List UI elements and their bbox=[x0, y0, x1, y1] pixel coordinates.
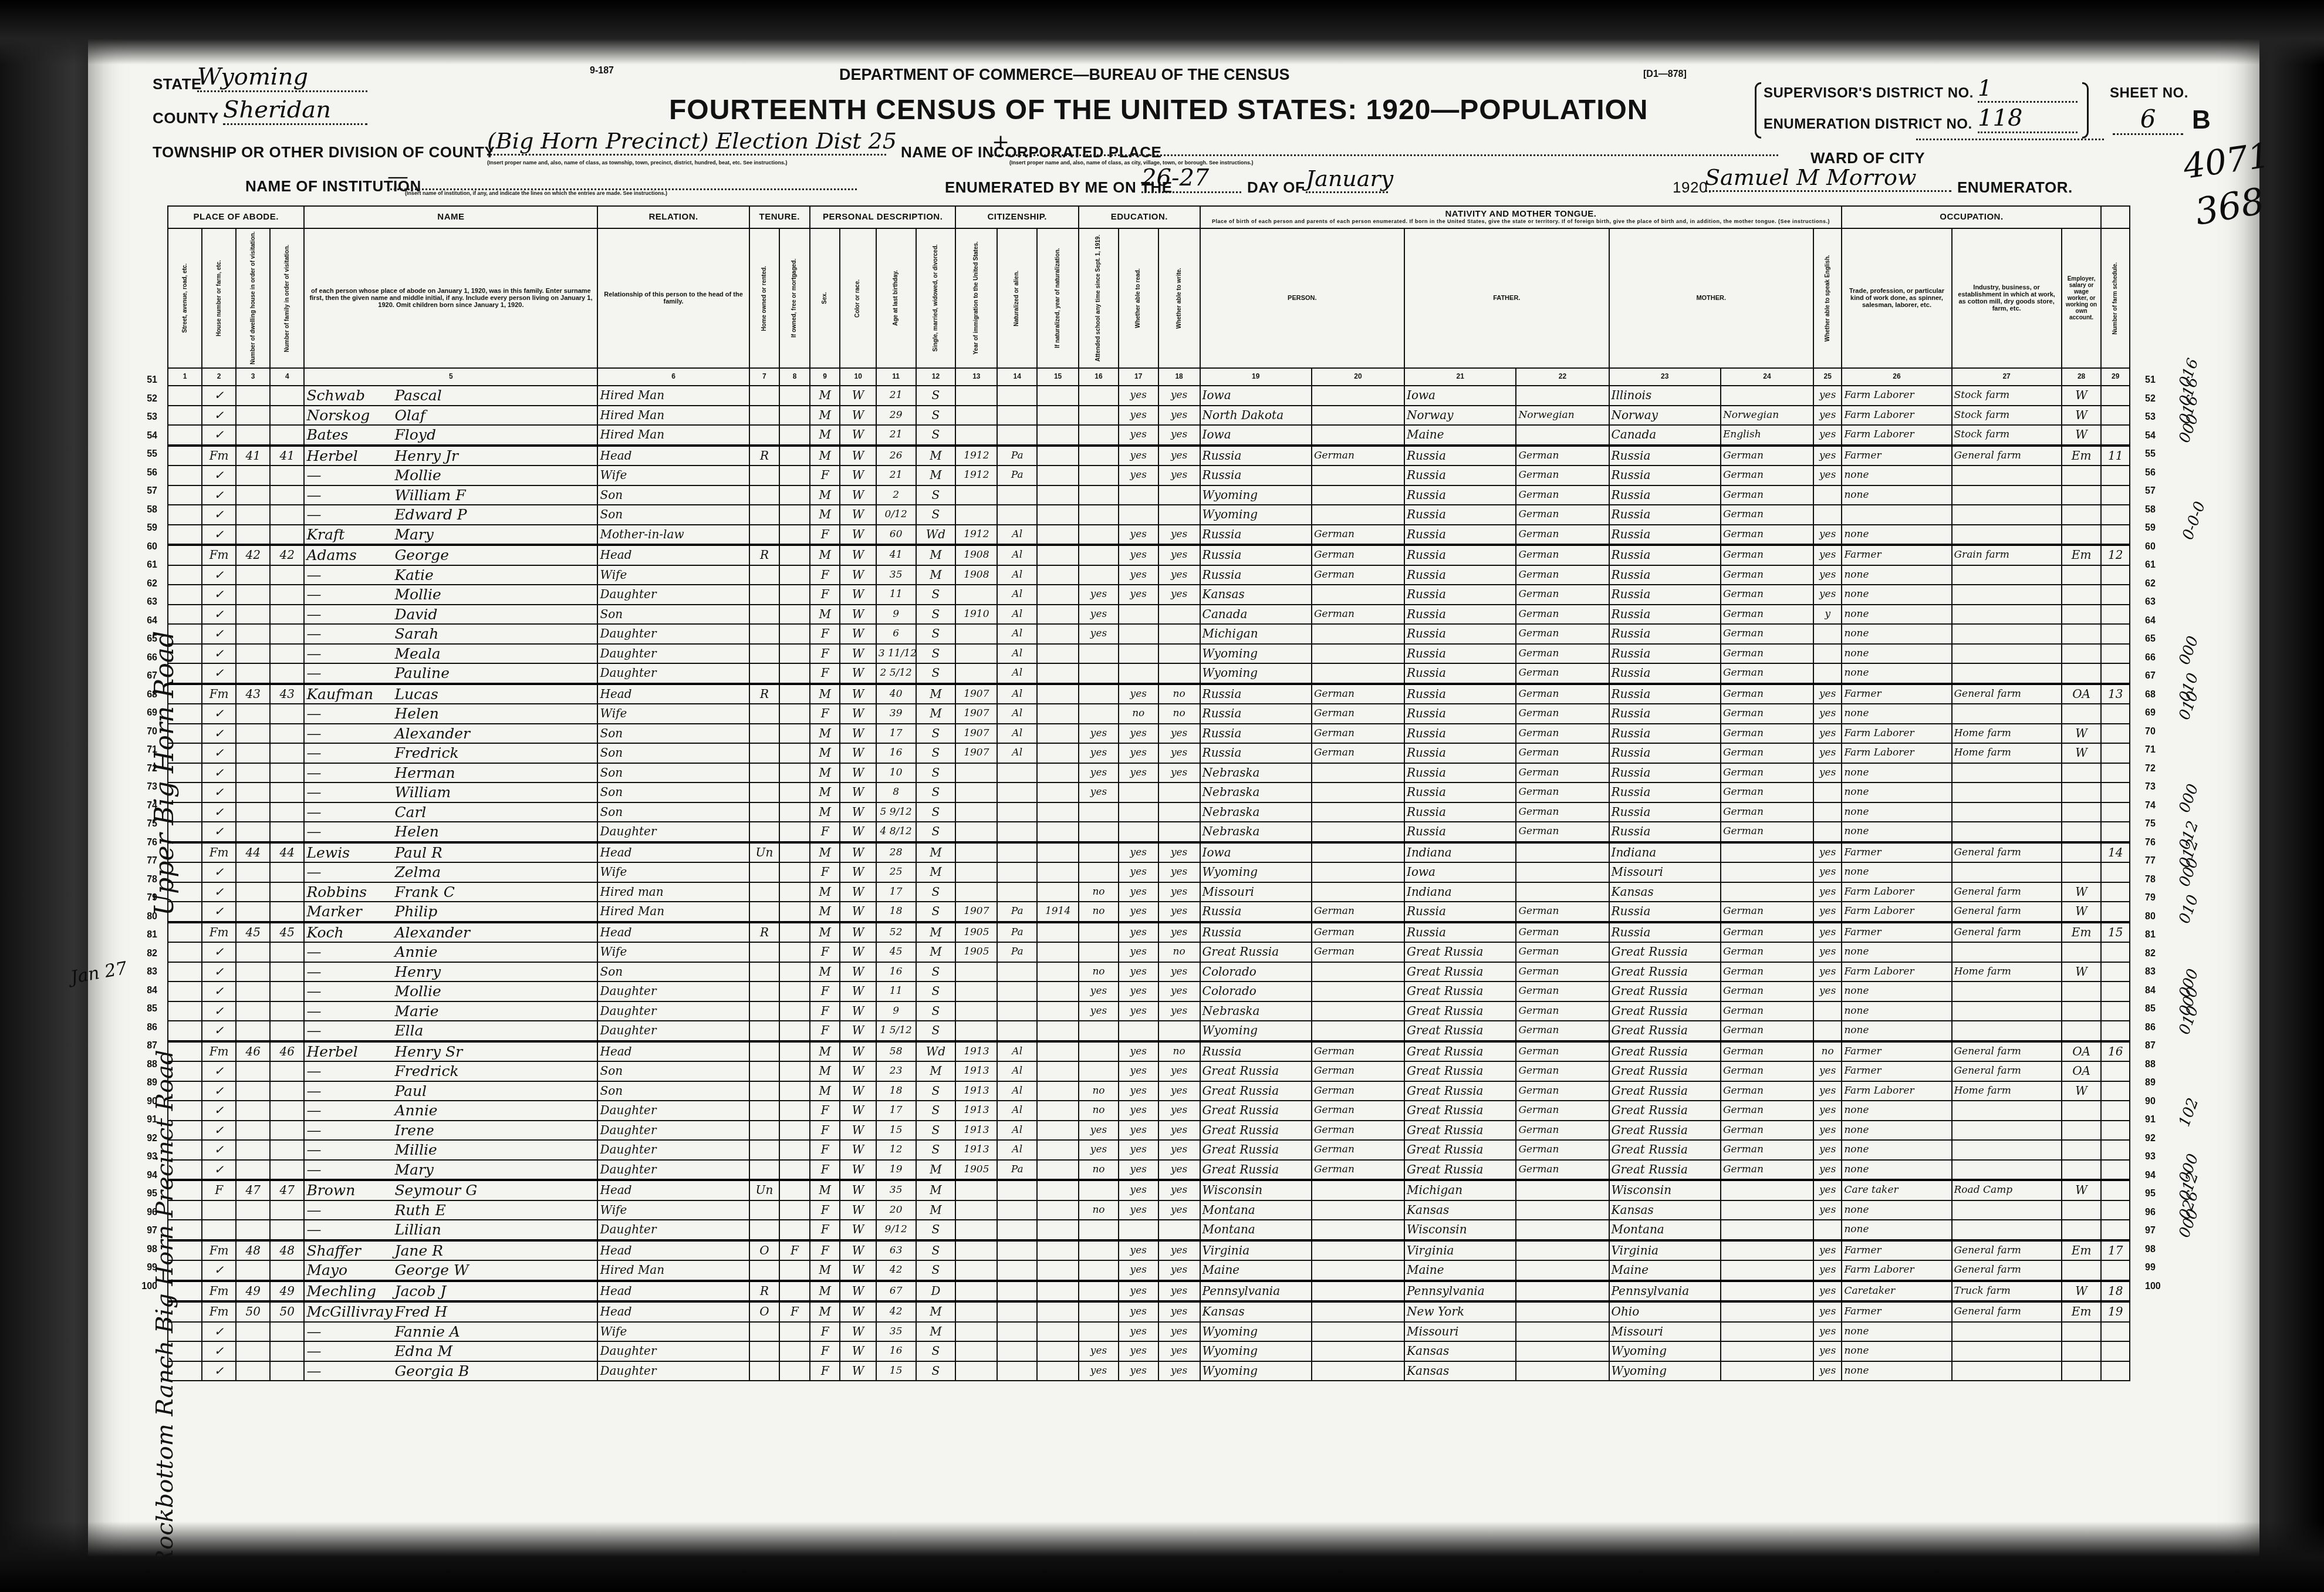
cell-m-pob: Russia bbox=[1609, 466, 1721, 485]
line-number-right: 65 bbox=[2145, 630, 2168, 649]
cell-house: ✓ bbox=[202, 663, 236, 684]
day-of-label: DAY OF bbox=[1247, 178, 1305, 197]
cell-english bbox=[1813, 822, 1842, 842]
cell-marital: M bbox=[916, 466, 956, 485]
cell-immigration bbox=[955, 882, 997, 902]
census-row: ✓—Edna MDaughterFW16SyesyesyesWyomingKan… bbox=[168, 1341, 2130, 1361]
cell-nat-year bbox=[1037, 822, 1079, 842]
cell-marital: S bbox=[916, 1101, 956, 1121]
cell-naturalized bbox=[997, 1180, 1037, 1200]
cell-industry bbox=[1952, 1101, 2062, 1121]
cell-street bbox=[168, 942, 202, 962]
cell-dwelling bbox=[236, 882, 270, 902]
cell-school: no bbox=[1079, 962, 1119, 982]
cell-m-tongue: Norwegian bbox=[1721, 406, 1813, 426]
cell-race: W bbox=[840, 962, 876, 982]
col-mortgage: If owned, free or mortgaged. bbox=[779, 228, 810, 368]
cell-immigration: 1913 bbox=[955, 1101, 997, 1121]
cell-owned bbox=[749, 962, 780, 982]
cell-sex: M bbox=[810, 1180, 840, 1200]
cell-write: yes bbox=[1158, 981, 1200, 1001]
line-number: 79 bbox=[128, 889, 157, 908]
cell-f-pob: Russia bbox=[1404, 663, 1516, 684]
cell-english: yes bbox=[1813, 1281, 1842, 1302]
given-name: Fannie A bbox=[394, 1323, 460, 1340]
cell-age: 0/12 bbox=[876, 505, 916, 525]
cell-f-tongue bbox=[1516, 882, 1609, 902]
cell-age: 1 5/12 bbox=[876, 1021, 916, 1041]
group-citizenship: CITIZENSHIP. bbox=[955, 206, 1079, 228]
cell-industry bbox=[1952, 1200, 2062, 1220]
cell-m-pob: Russia bbox=[1609, 585, 1721, 605]
surname: — bbox=[306, 1101, 394, 1119]
cell-nat-year bbox=[1037, 406, 1079, 426]
cell-marital: S bbox=[916, 763, 956, 783]
cell-write: yes bbox=[1158, 1322, 1200, 1342]
cell-industry: General farm bbox=[1952, 1240, 2062, 1261]
cell-m-pob: Russia bbox=[1609, 663, 1721, 684]
cell-owned bbox=[749, 565, 780, 585]
cell-f-pob: Norway bbox=[1404, 406, 1516, 426]
cell-m-tongue bbox=[1721, 1200, 1813, 1220]
cell-m-pob: Kansas bbox=[1609, 1200, 1721, 1220]
surname: — bbox=[306, 1362, 394, 1380]
cell-trade: Farm Laborer bbox=[1842, 1260, 1951, 1281]
cell-school: yes bbox=[1079, 1361, 1119, 1381]
cell-owned bbox=[749, 802, 780, 822]
line-number-right: 67 bbox=[2145, 667, 2168, 686]
cell-pob: Wyoming bbox=[1200, 862, 1312, 882]
cell-pob: Great Russia bbox=[1200, 1081, 1312, 1101]
line-number: 77 bbox=[128, 852, 157, 871]
given-name: Mollie bbox=[394, 983, 441, 1000]
cell-tongue: German bbox=[1312, 1061, 1404, 1081]
cell-street bbox=[168, 1140, 202, 1160]
cell-school: yes bbox=[1079, 624, 1119, 644]
cell-sex: F bbox=[810, 1140, 840, 1160]
cell-school bbox=[1079, 386, 1119, 406]
cell-write bbox=[1158, 624, 1200, 644]
given-name: George bbox=[394, 547, 449, 564]
cell-nat-year bbox=[1037, 1322, 1079, 1342]
cell-street bbox=[168, 842, 202, 863]
cell-industry bbox=[1952, 1341, 2062, 1361]
cell-tongue: German bbox=[1312, 545, 1404, 565]
cell-write: yes bbox=[1158, 565, 1200, 585]
cell-dwelling bbox=[236, 942, 270, 962]
enumerated-label: ENUMERATED BY ME ON THE bbox=[945, 178, 1173, 197]
cell-immigration: 1908 bbox=[955, 565, 997, 585]
cell-f-pob: Russia bbox=[1404, 585, 1516, 605]
cell-relation: Wife bbox=[597, 565, 749, 585]
cell-mortgage bbox=[779, 1001, 810, 1021]
cell-owned bbox=[749, 822, 780, 842]
cell-race: W bbox=[840, 1140, 876, 1160]
cell-m-pob: Russia bbox=[1609, 763, 1721, 783]
cell-street bbox=[168, 981, 202, 1001]
cell-industry: Truck farm bbox=[1952, 1281, 2062, 1302]
cell-owned bbox=[749, 1101, 780, 1121]
cell-mortgage bbox=[779, 1260, 810, 1281]
cell-immigration bbox=[955, 386, 997, 406]
cell-industry: General farm bbox=[1952, 922, 2062, 943]
cell-write: yes bbox=[1158, 842, 1200, 863]
cell-marital: S bbox=[916, 902, 956, 922]
county-label: COUNTY bbox=[153, 109, 219, 127]
cell-english bbox=[1813, 1220, 1842, 1240]
cell-trade: none bbox=[1842, 485, 1951, 505]
cell-farm bbox=[2101, 1180, 2130, 1200]
cell-dwelling bbox=[236, 1322, 270, 1342]
cell-farm bbox=[2101, 1160, 2130, 1180]
cell-sex: M bbox=[810, 605, 840, 625]
cell-f-pob: Maine bbox=[1404, 425, 1516, 446]
cell-mortgage bbox=[779, 1121, 810, 1141]
cell-f-pob: Russia bbox=[1404, 644, 1516, 664]
cell-name: NorskogOlaf bbox=[304, 406, 597, 426]
incorporated-place-value: + bbox=[992, 130, 1778, 156]
cell-nat-year bbox=[1037, 1081, 1079, 1101]
cell-family bbox=[270, 1341, 304, 1361]
cell-f-pob: Indiana bbox=[1404, 882, 1516, 902]
cell-house: ✓ bbox=[202, 644, 236, 664]
cell-f-tongue: German bbox=[1516, 802, 1609, 822]
census-row: Fm4242AdamsGeorgeHeadRMW41M1908AlyesyesR… bbox=[168, 545, 2130, 565]
cell-write: yes bbox=[1158, 1061, 1200, 1081]
cell-sex: M bbox=[810, 446, 840, 466]
cell-mortgage bbox=[779, 1101, 810, 1121]
col-sex: Sex. bbox=[810, 228, 840, 368]
line-number: 61 bbox=[128, 556, 157, 575]
cell-m-pob: Great Russia bbox=[1609, 942, 1721, 962]
census-row: ✓—SarahDaughterFW6SAlyesMichiganRussiaGe… bbox=[168, 624, 2130, 644]
cell-m-pob: Russia bbox=[1609, 545, 1721, 565]
cell-dwelling bbox=[236, 822, 270, 842]
cell-family: 44 bbox=[270, 842, 304, 863]
cell-sex: M bbox=[810, 962, 840, 982]
given-name: Floyd bbox=[394, 426, 436, 443]
line-number-right: 58 bbox=[2145, 501, 2168, 520]
line-number-right: 71 bbox=[2145, 741, 2168, 760]
cell-name: AdamsGeorge bbox=[304, 545, 597, 565]
cell-pob: Wyoming bbox=[1200, 505, 1312, 525]
cell-trade: none bbox=[1842, 1361, 1951, 1381]
cell-school bbox=[1079, 425, 1119, 446]
column-number: 10 bbox=[840, 368, 876, 386]
cell-nat-year bbox=[1037, 644, 1079, 664]
line-number: 54 bbox=[128, 427, 157, 446]
cell-marital: S bbox=[916, 724, 956, 744]
cell-trade: none bbox=[1842, 1001, 1951, 1021]
cell-tongue bbox=[1312, 1220, 1404, 1240]
cell-school bbox=[1079, 466, 1119, 485]
cell-marital: S bbox=[916, 1260, 956, 1281]
cell-m-pob: Russia bbox=[1609, 822, 1721, 842]
cell-employer: OA bbox=[2062, 684, 2102, 704]
cell-race: W bbox=[840, 1361, 876, 1381]
cell-house: ✓ bbox=[202, 1081, 236, 1101]
scan-edge-bottom bbox=[0, 1522, 2324, 1592]
cell-family: 45 bbox=[270, 922, 304, 943]
cell-nat-year bbox=[1037, 663, 1079, 684]
given-name: Ruth E bbox=[394, 1202, 445, 1219]
cell-farm bbox=[2101, 1220, 2130, 1240]
cell-owned bbox=[749, 882, 780, 902]
cell-race: W bbox=[840, 802, 876, 822]
col-write: Whether able to write. bbox=[1158, 228, 1200, 368]
column-number: 26 bbox=[1842, 368, 1951, 386]
cell-f-pob: Russia bbox=[1404, 724, 1516, 744]
cell-age: 3 11/12 bbox=[876, 644, 916, 664]
cell-immigration bbox=[955, 644, 997, 664]
cell-read: yes bbox=[1119, 962, 1158, 982]
cell-family bbox=[270, 1160, 304, 1180]
cell-house: ✓ bbox=[202, 724, 236, 744]
cell-tongue: German bbox=[1312, 1121, 1404, 1141]
cell-nat-year bbox=[1037, 1260, 1079, 1281]
cell-street bbox=[168, 1101, 202, 1121]
cell-write: yes bbox=[1158, 1001, 1200, 1021]
cell-english: yes bbox=[1813, 406, 1842, 426]
line-number-right: 83 bbox=[2145, 963, 2168, 981]
cell-tongue bbox=[1312, 981, 1404, 1001]
cell-trade: Farm Laborer bbox=[1842, 724, 1951, 744]
cell-family: 42 bbox=[270, 545, 304, 565]
cell-sex: M bbox=[810, 902, 840, 922]
cell-dwelling: 42 bbox=[236, 545, 270, 565]
cell-relation: Son bbox=[597, 1081, 749, 1101]
line-number-right: 97 bbox=[2145, 1222, 2168, 1240]
cell-pob: Russia bbox=[1200, 724, 1312, 744]
cell-english: yes bbox=[1813, 743, 1842, 763]
column-number: 19 bbox=[1200, 368, 1312, 386]
given-name: Edna M bbox=[394, 1343, 452, 1360]
column-number: 25 bbox=[1813, 368, 1842, 386]
given-name: David bbox=[394, 606, 437, 623]
cell-marital: M bbox=[916, 842, 956, 863]
line-number: 97 bbox=[128, 1222, 157, 1240]
cell-read: yes bbox=[1119, 545, 1158, 565]
census-row: Fm4848ShafferJane RHeadOFFW63SyesyesVirg… bbox=[168, 1240, 2130, 1261]
cell-dwelling bbox=[236, 585, 270, 605]
cell-english: yes bbox=[1813, 862, 1842, 882]
cell-tongue bbox=[1312, 1260, 1404, 1281]
cell-read bbox=[1119, 605, 1158, 625]
cell-pob: Nebraska bbox=[1200, 1001, 1312, 1021]
cell-f-pob: Iowa bbox=[1404, 386, 1516, 406]
cell-house: ✓ bbox=[202, 981, 236, 1001]
cell-age: 35 bbox=[876, 1180, 916, 1200]
cell-race: W bbox=[840, 386, 876, 406]
group-place-of-abode: PLACE OF ABODE. bbox=[168, 206, 304, 228]
cell-school bbox=[1079, 663, 1119, 684]
cell-read: yes bbox=[1119, 684, 1158, 704]
cell-immigration bbox=[955, 425, 997, 446]
cell-employer: W bbox=[2062, 386, 2102, 406]
line-number-right: 74 bbox=[2145, 797, 2168, 815]
given-name: William F bbox=[394, 487, 465, 504]
cell-owned bbox=[749, 406, 780, 426]
cell-read: yes bbox=[1119, 942, 1158, 962]
cell-dwelling: 49 bbox=[236, 1281, 270, 1302]
cell-read: yes bbox=[1119, 1200, 1158, 1220]
cell-age: 23 bbox=[876, 1061, 916, 1081]
cell-owned bbox=[749, 724, 780, 744]
cell-house: ✓ bbox=[202, 1061, 236, 1081]
column-number: 29 bbox=[2101, 368, 2130, 386]
cell-f-tongue bbox=[1516, 1240, 1609, 1261]
cell-naturalized: Al bbox=[997, 743, 1037, 763]
line-number-right: 84 bbox=[2145, 981, 2168, 1000]
cell-industry bbox=[1952, 585, 2062, 605]
col-speak-english: Whether able to speak English. bbox=[1813, 228, 1842, 368]
cell-trade: Farmer bbox=[1842, 1041, 1951, 1062]
cell-naturalized bbox=[997, 763, 1037, 783]
cell-pob: Wyoming bbox=[1200, 1341, 1312, 1361]
cell-owned bbox=[749, 1322, 780, 1342]
cell-read bbox=[1119, 644, 1158, 664]
given-name: Fred H bbox=[394, 1303, 447, 1320]
cell-farm bbox=[2101, 782, 2130, 802]
census-row: ✓—HenrySonMW16SnoyesyesColoradoGreat Rus… bbox=[168, 962, 2130, 982]
state-label: STATE bbox=[153, 75, 202, 93]
cell-english bbox=[1813, 485, 1842, 505]
cell-employer: Em bbox=[2062, 446, 2102, 466]
line-number-right: 57 bbox=[2145, 482, 2168, 501]
cell-m-tongue: German bbox=[1721, 565, 1813, 585]
line-number-right: 68 bbox=[2145, 686, 2168, 704]
cell-owned bbox=[749, 1061, 780, 1081]
given-name: Henry Sr bbox=[394, 1043, 462, 1060]
cell-dwelling: 50 bbox=[236, 1301, 270, 1322]
cell-nat-year bbox=[1037, 466, 1079, 485]
cell-dwelling bbox=[236, 406, 270, 426]
cell-age: 21 bbox=[876, 425, 916, 446]
cell-school: yes bbox=[1079, 1341, 1119, 1361]
cell-employer bbox=[2062, 624, 2102, 644]
cell-farm bbox=[2101, 1021, 2130, 1041]
cell-naturalized bbox=[997, 406, 1037, 426]
cell-industry bbox=[1952, 505, 2062, 525]
cell-street bbox=[168, 862, 202, 882]
cell-family bbox=[270, 1220, 304, 1240]
cell-sex: M bbox=[810, 763, 840, 783]
cell-name: KaufmanLucas bbox=[304, 684, 597, 704]
cell-sex: F bbox=[810, 1200, 840, 1220]
cell-f-tongue: German bbox=[1516, 446, 1609, 466]
given-name: Fredrick bbox=[394, 1063, 458, 1080]
surname: — bbox=[306, 1121, 394, 1139]
cell-family bbox=[270, 406, 304, 426]
cell-immigration bbox=[955, 862, 997, 882]
cell-school: yes bbox=[1079, 585, 1119, 605]
cell-house: ✓ bbox=[202, 386, 236, 406]
group-personal-description: PERSONAL DESCRIPTION. bbox=[810, 206, 956, 228]
cell-read: yes bbox=[1119, 1101, 1158, 1121]
cell-relation: Head bbox=[597, 842, 749, 863]
cell-marital: M bbox=[916, 1200, 956, 1220]
cell-f-pob: Russia bbox=[1404, 684, 1516, 704]
cell-school bbox=[1079, 644, 1119, 664]
cell-employer bbox=[2062, 585, 2102, 605]
surname: — bbox=[306, 783, 394, 801]
census-row: ✓—MollieDaughterFW11SAlyesyesyesKansasRu… bbox=[168, 585, 2130, 605]
cell-marital: M bbox=[916, 1322, 956, 1342]
cell-naturalized bbox=[997, 802, 1037, 822]
cell-school: no bbox=[1079, 1081, 1119, 1101]
cell-dwelling bbox=[236, 1220, 270, 1240]
census-row: ✓—WilliamSonMW8SyesNebraskaRussiaGermanR… bbox=[168, 782, 2130, 802]
cell-school: no bbox=[1079, 1101, 1119, 1121]
cell-relation: Head bbox=[597, 1041, 749, 1062]
census-row: ✓—KatieWifeFW35M1908AlyesyesRussiaGerman… bbox=[168, 565, 2130, 585]
cell-mortgage bbox=[779, 1081, 810, 1101]
cell-house: Fm bbox=[202, 545, 236, 565]
cell-race: W bbox=[840, 466, 876, 485]
cell-name: —Marie bbox=[304, 1001, 597, 1021]
cell-race: W bbox=[840, 842, 876, 863]
cell-school bbox=[1079, 1281, 1119, 1302]
cell-nat-year bbox=[1037, 782, 1079, 802]
cell-house: ✓ bbox=[202, 1160, 236, 1180]
cell-pob: Russia bbox=[1200, 466, 1312, 485]
cell-street bbox=[168, 1160, 202, 1180]
surname: McGillivray bbox=[306, 1303, 394, 1321]
cell-nat-year bbox=[1037, 1180, 1079, 1200]
county-value: Sheridan bbox=[223, 96, 367, 125]
cell-mortgage bbox=[779, 942, 810, 962]
cell-nat-year bbox=[1037, 425, 1079, 446]
line-numbers-right: 5152535455565758596061626364656667686970… bbox=[2145, 371, 2168, 1296]
cell-race: W bbox=[840, 1101, 876, 1121]
line-number: 99 bbox=[128, 1259, 157, 1277]
cell-nat-year bbox=[1037, 624, 1079, 644]
cell-marital: M bbox=[916, 862, 956, 882]
cell-relation: Son bbox=[597, 782, 749, 802]
cell-school: yes bbox=[1079, 981, 1119, 1001]
cell-pob: Russia bbox=[1200, 902, 1312, 922]
col-farm-schedule: Number of farm schedule. bbox=[2101, 228, 2130, 368]
given-name: Georgia B bbox=[394, 1362, 469, 1379]
cell-m-tongue: German bbox=[1721, 981, 1813, 1001]
cell-farm bbox=[2101, 1361, 2130, 1381]
cell-industry: Home farm bbox=[1952, 743, 2062, 763]
cell-english: yes bbox=[1813, 386, 1842, 406]
ward-value bbox=[1916, 139, 2104, 140]
cell-farm: 13 bbox=[2101, 684, 2130, 704]
line-number: 92 bbox=[128, 1129, 157, 1148]
cell-english: y bbox=[1813, 605, 1842, 625]
cell-school: no bbox=[1079, 902, 1119, 922]
cell-naturalized bbox=[997, 962, 1037, 982]
cell-name: MechlingJacob J bbox=[304, 1281, 597, 1302]
cell-relation: Daughter bbox=[597, 624, 749, 644]
cell-naturalized bbox=[997, 505, 1037, 525]
cell-read: yes bbox=[1119, 425, 1158, 446]
census-row: F4747BrownSeymour GHeadUnMW35MyesyesWisc… bbox=[168, 1180, 2130, 1200]
cell-trade: Farm Laborer bbox=[1842, 406, 1951, 426]
cell-english: yes bbox=[1813, 724, 1842, 744]
surname: — bbox=[306, 664, 394, 682]
cell-nat-year bbox=[1037, 1220, 1079, 1240]
cell-race: W bbox=[840, 782, 876, 802]
cell-english bbox=[1813, 644, 1842, 664]
line-number: 82 bbox=[128, 945, 157, 963]
cell-sex: M bbox=[810, 842, 840, 863]
cell-english: yes bbox=[1813, 1260, 1842, 1281]
cell-m-pob: Russia bbox=[1609, 802, 1721, 822]
cell-mortgage bbox=[779, 624, 810, 644]
